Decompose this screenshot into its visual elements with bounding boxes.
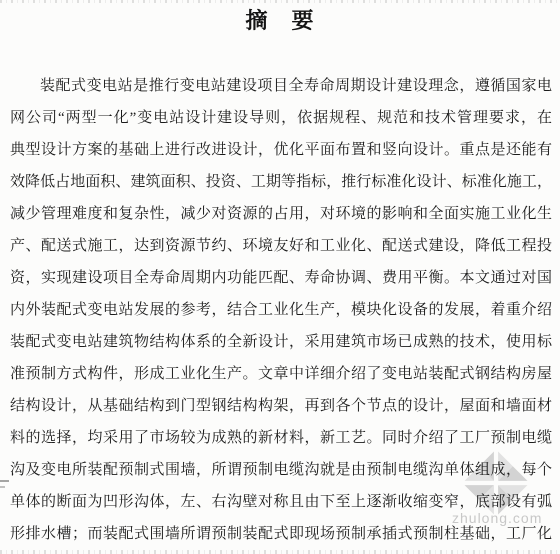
abstract-paragraph: 装配式变电站是推行变电站建设项目全寿命周期设计建设理念，遵循国家电 网公司“两型… (10, 70, 552, 550)
abstract-line: 减少管理难度和复杂性，减少对资源的占用，对环境的影响和全面实施工业化生 (10, 198, 552, 230)
scan-artifact-dash (0, 480, 9, 482)
abstract-line: 料的选择，均采用了市场较为成熟的新材料，新工艺。同时介绍了工厂预制电缆 (10, 422, 552, 454)
scan-artifact-dash (0, 486, 5, 488)
abstract-line: 产、配送式施工，达到资源节约、环境友好和工业化、配送式建设，降低工程投 (10, 230, 552, 262)
abstract-line: 装配式变电站建筑物结构体系的全新设计，采用建筑市场已成熟的技术，使用标 (10, 326, 552, 358)
abstract-line: 效降低占地面积、建筑面积、投资、工期等指标，推行标准化设计、标准化施工， (10, 166, 552, 198)
scan-edge-noise-top (0, 0, 560, 3)
abstract-line: 内外装配式变电站发展的参考，结合工业化生产，模块化设备的发展，着重介绍 (10, 294, 552, 326)
abstract-line: 单体的断面为凹形沟体，左、右沟壁对称且由下至上逐渐收缩变窄，底部设有弧 (10, 486, 552, 518)
abstract-line: 资，实现建设项目全寿命周期内功能匹配、寿命协调、费用平衡。本文通过对国 (10, 262, 552, 294)
page-title: 摘 要 (0, 4, 560, 35)
abstract-line: 网公司“两型一化”变电站设计建设导则，依据规程、规范和技术管理要求，在 (10, 102, 552, 134)
abstract-line: 结构设计，从基础结构到门型钢结构构架，再到各个节点的设计，屋面和墙面材 (10, 390, 552, 422)
abstract-line: 沟及变电所装配预制式围墙，所谓预制电缆沟就是由预制电缆沟单体组成，每个 (10, 454, 552, 486)
scanned-abstract-page: 摘 要 装配式变电站是推行变电站建设项目全寿命周期设计建设理念，遵循国家电 网公… (0, 0, 560, 554)
abstract-line: 形排水槽；而装配式围墙所谓预制装配式即现场预制承插式预制柱基础，工厂化 (10, 518, 552, 550)
abstract-line: 准预制方式构件，形成工业化生产。文章中详细介绍了变电站装配式钢结构房屋 (10, 358, 552, 390)
abstract-line: 装配式变电站是推行变电站建设项目全寿命周期设计建设理念，遵循国家电 (10, 70, 552, 102)
abstract-line: 典型设计方案的基础上进行改进设计，优化平面布置和竖向设计。重点是还能有 (10, 134, 552, 166)
scan-edge-noise-bottom (0, 550, 560, 554)
